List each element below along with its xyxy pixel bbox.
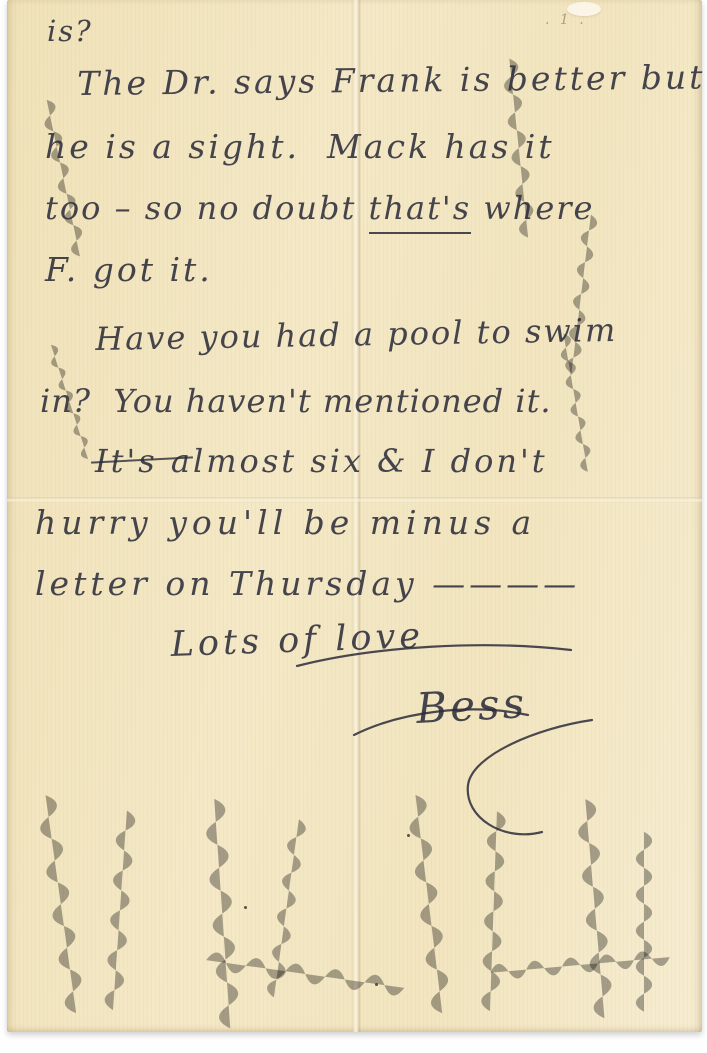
letter-line-7: in? You haven't mentioned it. <box>40 382 552 420</box>
letter-line-1: is? <box>47 14 93 48</box>
letter-line-6: Have you had a pool to swim <box>95 311 618 358</box>
page-number-mark: . 1 . <box>545 12 587 28</box>
ghost-bleedthrough <box>28 790 101 1035</box>
letter-line-10: letter on Thursday ———— <box>35 564 580 603</box>
letter-line-9: hurry you'll be minus a <box>35 503 536 542</box>
closing-cross-stroke <box>295 638 575 674</box>
dust-speck <box>375 983 378 986</box>
letter-line-3: he is a sight. Mack has it <box>45 127 555 166</box>
signature-flourish <box>442 700 607 848</box>
ghost-bleedthrough <box>34 95 99 273</box>
letter-line-4: too – so no doubt that's where <box>45 189 594 227</box>
letter-line-2: The Dr. says Frank is better but <box>77 57 706 103</box>
letter-line-4-before: too – so no doubt <box>45 189 369 227</box>
ghost-bleedthrough <box>552 330 604 486</box>
letter-line-4-after: where <box>471 189 594 227</box>
letter-line-5: F. got it. <box>45 250 213 289</box>
dust-speck <box>244 906 247 909</box>
ghost-bleedthrough <box>96 807 147 1029</box>
ghost-bleedthrough <box>196 795 255 1050</box>
ghost-bleedthrough <box>630 830 662 1028</box>
letter-paper: . 1 . is? The Dr. says Frank is better b… <box>7 0 702 1032</box>
letter-line-8: It's almost six & I don't <box>95 442 548 480</box>
underlined-word: that's <box>369 189 472 234</box>
dust-speck <box>407 834 410 837</box>
